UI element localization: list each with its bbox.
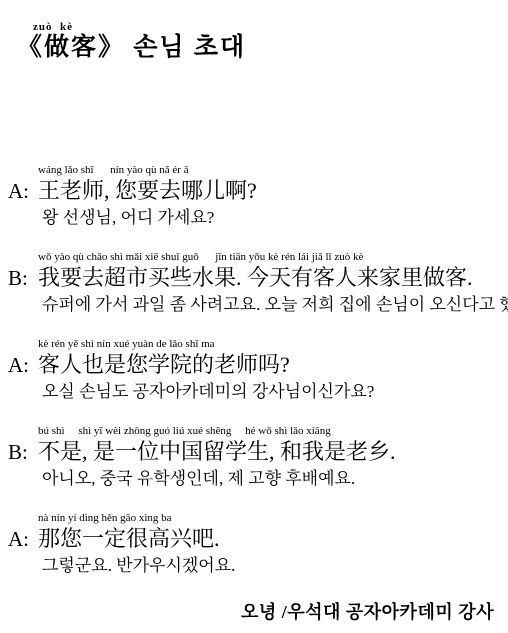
chinese-line: A:王老师, 您要去哪儿啊? (8, 177, 504, 205)
dialogue-entry: kè rén yě shì nín xué yuàn de lǎo shī ma… (8, 338, 504, 402)
pinyin-line: bú shì shì yī wèi zhōng guó liú xué shēn… (38, 425, 504, 438)
title-pinyin: zuò kè (33, 22, 246, 33)
pinyin-line: wǒ yào qù chāo shì mǎi xiē shuǐ guǒ jīn … (38, 251, 504, 264)
chinese-text: 我要去超市买些水果. 今天有客人来家里做客. (38, 265, 473, 290)
chinese-line: B:我要去超市买些水果. 今天有客人来家里做客. (8, 264, 504, 292)
speaker-label: A: (8, 352, 38, 379)
korean-translation: 슈퍼에 가서 과일 좀 사려고요. 오늘 저희 집에 손님이 오신다고 했어요. (42, 294, 504, 315)
pinyin-line: nà nín yí dìng hěn gāo xìng ba (38, 512, 504, 525)
page-title: 《做客》 손님 초대 (17, 33, 246, 63)
dialogue-entry: nà nín yí dìng hěn gāo xìng ba A:那您一定很高兴… (8, 512, 504, 576)
dialogue-entry: wǒ yào qù chāo shì mǎi xiē shuǐ guǒ jīn … (8, 251, 504, 315)
credit-line: 오녕 /우석대 공자아카데미 강사 (241, 598, 494, 624)
speaker-label: B: (8, 265, 38, 292)
chinese-line: A:那您一定很高兴吧. (8, 525, 504, 553)
korean-translation: 왕 선생님, 어디 가세요? (42, 207, 504, 228)
dialogue-entry: bú shì shì yī wèi zhōng guó liú xué shēn… (8, 425, 504, 489)
chinese-text: 不是, 是一位中国留学生, 和我是老乡. (38, 439, 396, 464)
speaker-label: B: (8, 439, 38, 466)
lesson-page: zuò kè 《做客》 손님 초대 wáng lǎo shī nín yào q… (0, 0, 508, 633)
chinese-line: B:不是, 是一位中国留学生, 和我是老乡. (8, 438, 504, 466)
speaker-label: A: (8, 178, 38, 205)
pinyin-line: kè rén yě shì nín xué yuàn de lǎo shī ma (38, 338, 504, 351)
dialogue-list: wáng lǎo shī nín yào qù nǎ ér ā A:王老师, 您… (8, 164, 504, 599)
korean-translation: 그렇군요. 반가우시겠어요. (42, 555, 504, 576)
chinese-text: 那您一定很高兴吧. (38, 526, 220, 551)
chinese-text: 客人也是您学院的老师吗? (38, 352, 290, 377)
title-block: zuò kè 《做客》 손님 초대 (17, 22, 246, 63)
korean-translation: 오실 손님도 공자아카데미의 강사님이신가요? (42, 381, 504, 402)
dialogue-entry: wáng lǎo shī nín yào qù nǎ ér ā A:王老师, 您… (8, 164, 504, 228)
korean-translation: 아니오, 중국 유학생인데, 제 고향 후배예요. (42, 468, 504, 489)
pinyin-line: wáng lǎo shī nín yào qù nǎ ér ā (38, 164, 504, 177)
speaker-label: A: (8, 526, 38, 553)
chinese-line: A:客人也是您学院的老师吗? (8, 351, 504, 379)
chinese-text: 王老师, 您要去哪儿啊? (38, 178, 257, 203)
